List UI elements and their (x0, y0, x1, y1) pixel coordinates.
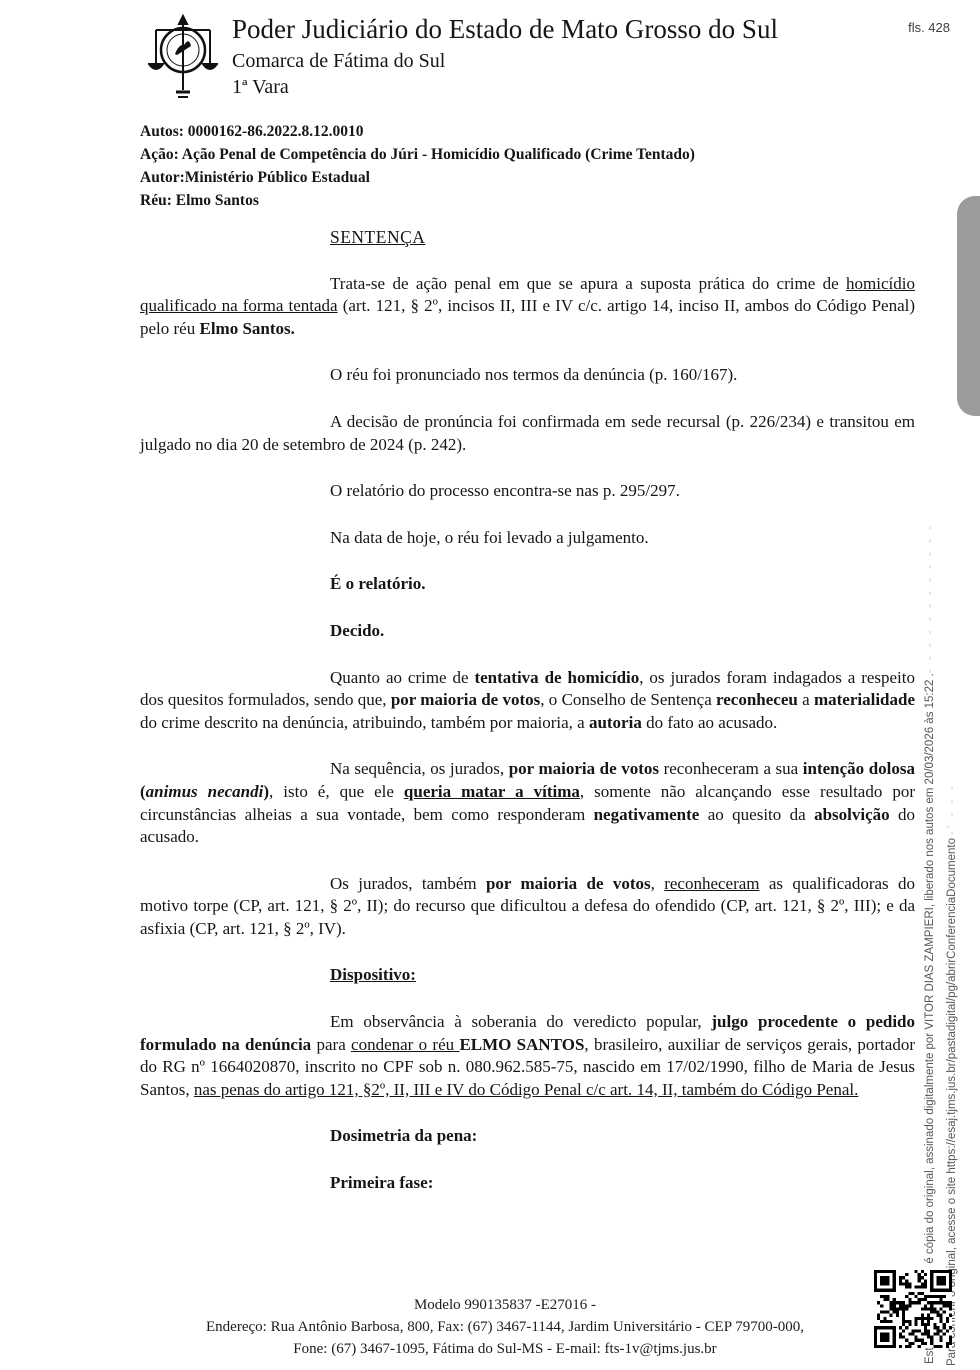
paragraph: Os jurados, também por maioria de votos,… (140, 873, 915, 941)
paragraph: O réu foi pronunciado nos termos da denú… (140, 364, 915, 387)
paragraph: Na sequência, os jurados, por maioria de… (140, 758, 915, 848)
case-autor: Autor:Ministério Público Estadual (140, 166, 920, 189)
case-reu: Réu: Elmo Santos (140, 189, 920, 212)
paragraph: É o relatório. (140, 573, 915, 596)
footer-address: Endereço: Rua Antônio Barbosa, 800, Fax:… (140, 1316, 870, 1338)
paragraph: Primeira fase: (140, 1172, 915, 1195)
qr-code (874, 1270, 952, 1348)
paragraph: O relatório do processo encontra-se nas … (140, 480, 915, 503)
case-autos: Autos: 0000162-86.2022.8.12.0010 (140, 120, 920, 143)
document-body: SENTENÇATrata-se de ação penal em que se… (140, 226, 915, 1195)
paragraph: Na data de hoje, o réu foi levado a julg… (140, 527, 915, 550)
paragraph: Quanto ao crime de tentativa de homicídi… (140, 667, 915, 735)
court-title: Poder Judiciário do Estado de Mato Gross… (232, 12, 872, 46)
vara-subtitle: 1ª Vara (232, 74, 872, 100)
case-info-block: Autos: 0000162-86.2022.8.12.0010 Ação: A… (140, 120, 920, 212)
footer-phone-email: Fone: (67) 3467-1095, Fátima do Sul-MS -… (140, 1338, 870, 1360)
case-acao: Ação: Ação Penal de Competência do Júri … (140, 143, 920, 166)
paragraph: A decisão de pronúncia foi confirmada em… (140, 411, 915, 456)
scrollbar-thumb[interactable] (957, 196, 980, 416)
footer-model: Modelo 990135837 -E27016 - (140, 1294, 870, 1316)
digital-signature-note: Est............. é cópia do original, as… (924, 523, 936, 1364)
paragraph: Decido. (140, 620, 915, 643)
document-page: Poder Judiciário do Estado de Mato Gross… (0, 0, 980, 1370)
comarca-subtitle: Comarca de Fátima do Sul (232, 48, 872, 74)
header-titles: Poder Judiciário do Estado de Mato Gross… (232, 12, 872, 100)
paragraph: Trata-se de ação penal em que se apura a… (140, 273, 915, 341)
paragraph: Dispositivo: (140, 964, 915, 987)
footer-block: Modelo 990135837 -E27016 - Endereço: Rua… (140, 1294, 870, 1360)
page-folio-number: fls. 428 (908, 20, 950, 35)
paragraph: Em observância à soberania do veredicto … (140, 1011, 915, 1101)
justice-scales-logo-icon (148, 12, 218, 102)
paragraph: Dosimetria da pena: (140, 1125, 915, 1148)
sentence-heading: SENTENÇA (140, 226, 915, 249)
